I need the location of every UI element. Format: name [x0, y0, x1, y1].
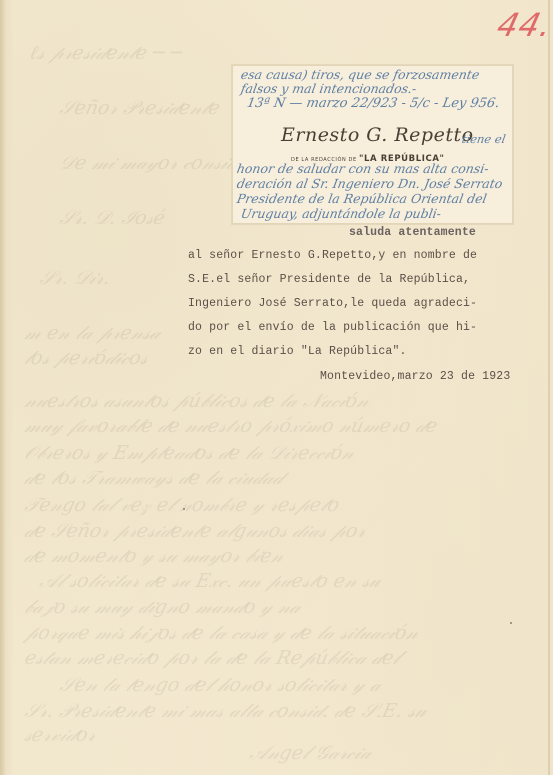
bleed-through-handwriting: 𝑒𝓈𝓉𝒶𝓃 𝓂𝑒𝓇𝑒𝒸𝒾𝒹𝑜 𝓅𝑜𝓇 𝓁𝒶 𝒹𝑒 𝓁𝒶 𝑅𝑒𝓅ú𝒷𝓁𝒾𝒸𝒶 𝒹𝑒…	[22, 645, 528, 671]
bleed-through-handwriting: 𝒹𝑒 𝓁𝑜𝓈 𝒯𝓇𝒶𝓂𝓌𝒶𝓎𝓈 𝒹𝑒 𝓁𝒶 𝒸𝒾𝓊𝒹𝒶𝒹	[22, 465, 528, 491]
bleed-through-handwriting: 𝓃𝓊𝑒𝓈𝓉𝓇𝑜𝓈 𝒶𝓈𝓊𝓃𝓉𝑜𝓈 𝓅ú𝒷𝓁𝒾𝒸𝑜𝓈 𝒹𝑒 𝓁𝒶 𝒩𝒶𝒸𝒾ó𝓃	[22, 388, 528, 414]
typed-line: zo en el diario "La República".	[188, 345, 407, 358]
bleed-through-handwriting: 𝒷𝒶𝒿𝑜 𝓈𝓊 𝓂𝓊𝓎 𝒹𝒾𝑔𝓃𝑜 𝓂𝒶𝓃𝒹𝑜 𝓎 𝓃𝒶	[22, 594, 528, 620]
card-annotation-line: Presidente de la República Oriental del	[236, 191, 488, 206]
typed-line: do por el envío de la publicación que hi…	[188, 321, 477, 334]
typed-line: al señor Ernesto G.Repetto,y en nombre d…	[188, 249, 477, 262]
card-annotation-line: honor de saludar con su mas alta consi-	[236, 161, 490, 176]
card-annotation-line: esa causa) tiros, que se forzosamente	[240, 67, 481, 82]
bleed-through-handwriting: 𝒜𝓁 𝓈𝑜𝓁𝒾𝒸𝒾𝓉𝒶𝓇 𝒹𝑒 𝓈𝓊 𝐸𝓍𝒸. 𝓊𝓃 𝓅𝓊𝑒𝓈𝓉𝑜 𝑒𝓃 𝓈𝓊	[37, 568, 543, 594]
card-annotation-line: falsos y mal intencionados.-	[240, 81, 418, 96]
folio-number-text: 44.	[493, 6, 553, 44]
bleed-through-handwriting: 𝒮𝓇. 𝒫𝓇𝑒𝓈𝒾𝒹𝑒𝓃𝓉𝑒 𝓂𝒾 𝓂𝒶𝓈 𝒶𝓁𝓉𝒶 𝒸𝑜𝓃𝓈𝒾𝒹. 𝒹𝑒 𝒮.…	[22, 698, 528, 724]
bleed-through-signature: 𝒜𝓃𝑔𝑒𝓁 𝒢𝒶𝓇𝒸𝒾𝒶	[247, 740, 553, 766]
bleed-through-handwriting: 𝒮𝑒𝓃 𝓁𝒶 𝓉𝑒𝓃𝑔𝑜 𝒹𝑒𝓁 𝒽𝑜𝓃𝑜𝓇 𝓈𝑜𝓁𝒾𝒸𝒾𝓉𝒶𝓇 𝓎 𝒶	[57, 672, 553, 698]
typed-place-date: Montevideo,marzo 23 de 1923	[320, 370, 510, 383]
bleed-through-handwriting: 𝒹𝑒 𝓂𝑜𝓂𝑒𝓃𝓉𝑜 𝓎 𝓈𝓊 𝓂𝒶𝓎𝑜𝓇 𝒷𝒾𝑒𝓃	[22, 543, 528, 569]
bleed-through-handwriting: 𝒹𝑒 𝒮𝑒ñ𝑜𝓇 𝓅𝓇𝑒𝓈𝒾𝒹𝑒𝓃𝓉𝑒 𝒶𝓁𝑔𝓊𝓃𝑜𝓈 𝒹𝒾𝒶𝓈 𝓅𝑜𝓇	[22, 518, 528, 544]
typed-line: Ingeniero José Serrato,le queda agradeci…	[188, 297, 477, 310]
bleed-through-handwriting: 𝓅𝑜𝓇𝓆𝓊𝑒 𝓂𝒾𝓈 𝒽𝒾𝒿𝑜𝓈 𝒹𝑒 𝓁𝒶 𝒸𝒶𝓈𝒶 𝓎 𝒹𝑒 𝓁𝒶 𝓈𝒾𝓉𝓊…	[22, 620, 528, 646]
page-left-edge	[0, 0, 6, 775]
card-printed-name: Ernesto G. Repetto	[281, 124, 474, 146]
bleed-through-handwriting: 𝒪𝒷𝓇𝑒𝓇𝑜𝓈 𝓎 𝐸𝓂𝓅𝓁𝑒𝒶𝒹𝑜𝓈 𝒹𝑒 𝓁𝒶 𝒟𝒾𝓇𝑒𝒸𝒸𝒾ó𝓃	[22, 440, 528, 466]
ink-speck	[510, 622, 512, 624]
bleed-through-handwriting: 𝒯𝑒𝓃𝑔𝑜 𝓉𝒶𝓁 𝓋𝑒𝓏 𝑒𝓁 𝓃𝑜𝓂𝒷𝓇𝑒 𝓎 𝓇𝑒𝓈𝓅𝑒𝓉𝑜	[22, 492, 528, 518]
typed-opening: saluda atentamente	[349, 226, 476, 239]
bleed-through-handwriting: ℓ𝓈 𝓅𝓇𝑒𝓈𝒾𝒹𝑒𝓃𝓉𝑒 ─ ─	[27, 40, 533, 66]
card-name-annotation: tiene el	[461, 132, 507, 146]
ink-speck	[183, 508, 185, 510]
typed-line: S.E.el señor Presidente de la República,	[188, 273, 470, 286]
document-page: ℓ𝓈 𝓅𝓇𝑒𝓈𝒾𝒹𝑒𝓃𝓉𝑒 ─ ─ 𝒮𝑒ñ𝑜𝓇 𝒫𝓇𝑒𝓈𝒾𝒹𝑒𝓃𝓉𝑒 𝒟𝑒 𝓂𝒾…	[0, 0, 553, 775]
card-annotation-reference: 13ª N — marzo 22/923 - 5/c - Ley 956.	[246, 96, 501, 111]
card-annotation-line: deración al Sr. Ingeniero Dn. José Serra…	[236, 176, 504, 191]
folio-number: 44.	[493, 6, 553, 44]
bleed-through-handwriting: 𝓂𝓊𝓎 𝒻𝒶𝓋𝑜𝓇𝒶𝒷𝓁𝑒 𝒹𝑒 𝓃𝓊𝑒𝓈𝓉𝓇𝑜 𝓅𝓇ó𝓍𝒾𝓂𝑜 𝓃ú𝓂𝑒𝓇𝑜 …	[22, 413, 528, 439]
visiting-card: esa causa) tiros, que se forzosamente fa…	[232, 65, 513, 224]
card-annotation-line: Uruguay, adjuntándole la publi-	[240, 206, 443, 221]
